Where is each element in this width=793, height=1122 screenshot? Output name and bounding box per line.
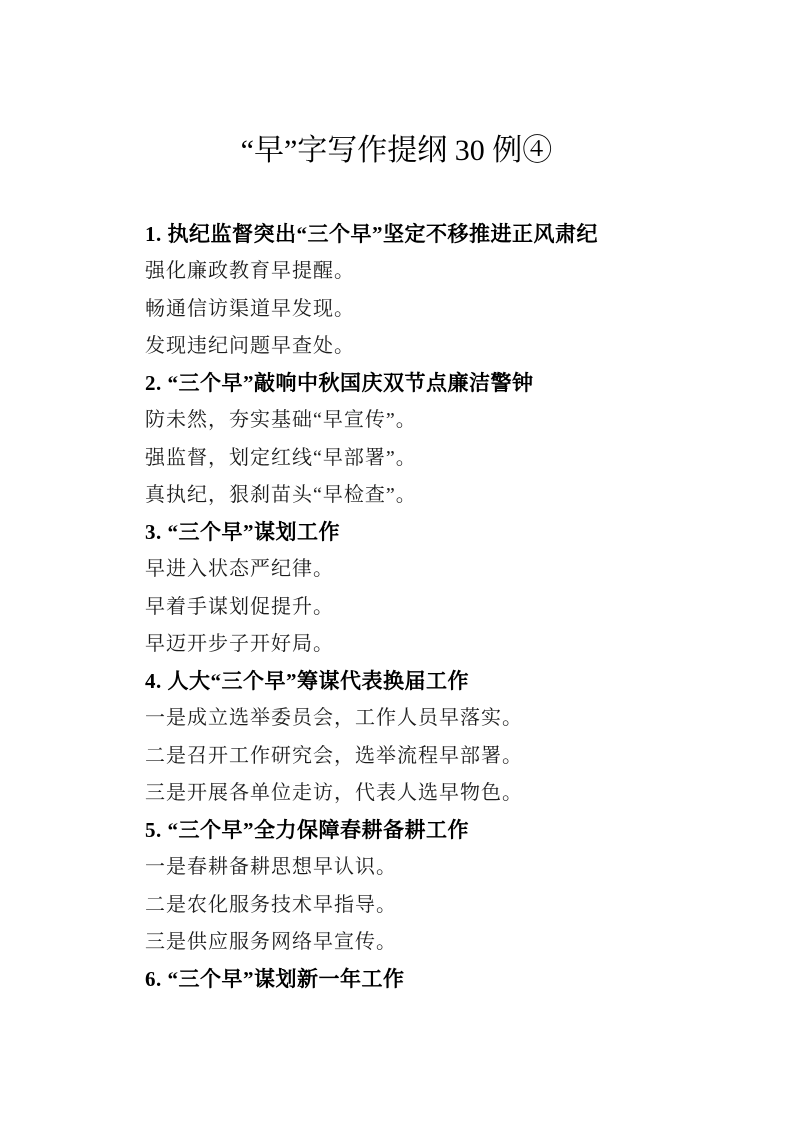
- section-1-line-2: 畅通信访渠道早发现。: [145, 291, 648, 328]
- section-5-line-1: 一是春耕备耕思想早认识。: [145, 849, 648, 886]
- document-body: 1. 执纪监督突出“三个早”坚定不移推进正风肃纪 强化廉政教育早提醒。 畅通信访…: [145, 216, 648, 998]
- section-5-line-3: 三是供应服务网络早宣传。: [145, 924, 648, 961]
- section-3-line-2: 早着手谋划促提升。: [145, 589, 648, 626]
- section-6-heading: 6. “三个早”谋划新一年工作: [145, 961, 648, 998]
- section-5-heading: 5. “三个早”全力保障春耕备耕工作: [145, 812, 648, 849]
- section-4-line-3: 三是开展各单位走访，代表人选早物色。: [145, 775, 648, 812]
- document-title: “早”字写作提纲 30 例④: [145, 127, 648, 175]
- section-2-heading: 2. “三个早”敲响中秋国庆双节点廉洁警钟: [145, 365, 648, 402]
- section-5-line-2: 二是农化服务技术早指导。: [145, 887, 648, 924]
- section-4-line-1: 一是成立选举委员会，工作人员早落实。: [145, 700, 648, 737]
- section-1-line-1: 强化廉政教育早提醒。: [145, 253, 648, 290]
- section-4-heading: 4. 人大“三个早”筹谋代表换届工作: [145, 663, 648, 700]
- section-3-line-1: 早进入状态严纪律。: [145, 551, 648, 588]
- section-2-line-2: 强监督，划定红线“早部署”。: [145, 440, 648, 477]
- section-3-heading: 3. “三个早”谋划工作: [145, 514, 648, 551]
- section-1-heading: 1. 执纪监督突出“三个早”坚定不移推进正风肃纪: [145, 216, 648, 253]
- section-1-line-3: 发现违纪问题早查处。: [145, 328, 648, 365]
- section-2-line-3: 真执纪，狠刹苗头“早检查”。: [145, 477, 648, 514]
- section-2-line-1: 防未然，夯实基础“早宣传”。: [145, 402, 648, 439]
- section-4-line-2: 二是召开工作研究会，选举流程早部署。: [145, 738, 648, 775]
- document-page: “早”字写作提纲 30 例④ 1. 执纪监督突出“三个早”坚定不移推进正风肃纪 …: [0, 0, 793, 1122]
- section-3-line-3: 早迈开步子开好局。: [145, 626, 648, 663]
